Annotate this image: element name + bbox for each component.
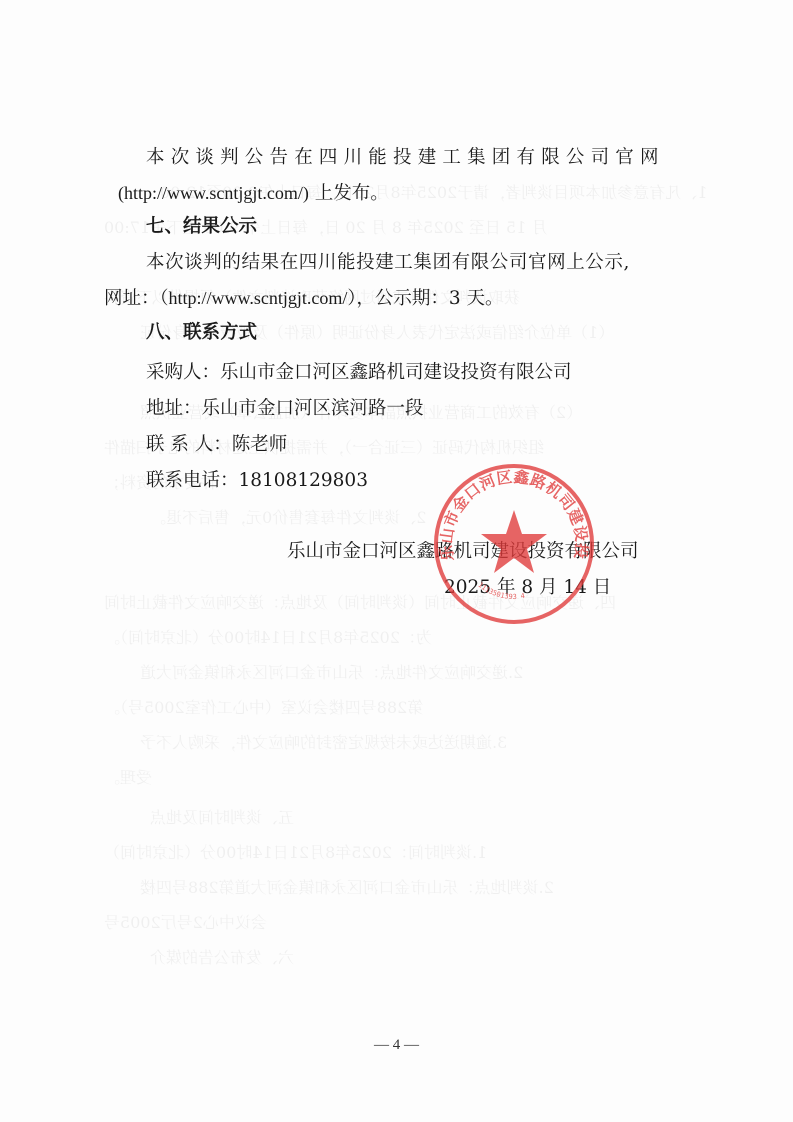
- bleed-through-text: 2.谈判地点：乐山市金口河区永和镇金河大道第288号四楼: [140, 875, 554, 898]
- announcement-paragraph-line2: (http://www.scntjgjt.com/) 上发布。: [118, 181, 389, 206]
- announcement-suffix: 上发布。: [309, 183, 389, 204]
- url-label: 网址：: [104, 288, 160, 309]
- website-link[interactable]: (http://www.scntjgjt.com/): [118, 183, 309, 203]
- bleed-through-text: 会议中心2号厅2005号: [104, 910, 267, 933]
- bleed-through-text: 受理。: [104, 765, 152, 788]
- phone-line: 联系电话：18108129803: [146, 469, 368, 493]
- bleed-through-text: 第288号四楼会议室（中心工作室2005号）。: [104, 695, 423, 718]
- star-icon: [481, 510, 547, 573]
- address-line: 地址：乐山市金口河区滨河路一段: [146, 397, 424, 421]
- svg-text:1113501393 4: 1113501393 4: [476, 581, 525, 601]
- contact-person-line: 联 系 人：陈老师: [146, 433, 287, 457]
- purchaser-line: 采购人：乐山市金口河区鑫路机司建设投资有限公司: [146, 361, 572, 385]
- section8-heading: 八、联系方式: [146, 321, 257, 345]
- section7-heading: 七、结果公示: [146, 215, 257, 239]
- announcement-paragraph-line1: 本次谈判公告在四川能投建工集团有限公司官网: [146, 146, 665, 170]
- bleed-through-text: 五、谈判时间及地点: [150, 805, 294, 828]
- bleed-through-text: 2.递交响应文件地点：乐山市金口河区永和镇金河大道: [140, 660, 523, 683]
- publicity-period: ，公示期：3 天。: [356, 288, 503, 309]
- bleed-through-text: 1.谈判时间：2025年8月21日14时00分（北京时间）: [104, 840, 487, 863]
- official-seal-stamp: 乐山市金口河区鑫路机司建设投资有限公司 1113501393 4: [432, 462, 596, 626]
- bleed-through-text: 2、谈判文件每套售价0元，售后不退。: [150, 505, 426, 528]
- website-link[interactable]: （http://www.scntjgjt.com/）: [160, 288, 357, 308]
- section7-line2: 网址：（http://www.scntjgjt.com/），公示期：3 天。: [104, 286, 504, 311]
- page-number: — 4 —: [0, 1037, 793, 1054]
- bleed-through-text: 六、发布公告的媒介: [150, 945, 294, 968]
- section7-line1: 本次谈判的结果在四川能投建工集团有限公司官网上公示,: [146, 251, 630, 275]
- bleed-through-text: 为：2025年8月21日14时00分（北京时间）。: [104, 625, 432, 648]
- bleed-through-text: 3.逾期送达或未按规定密封的响应文件，采购人不予: [140, 730, 507, 753]
